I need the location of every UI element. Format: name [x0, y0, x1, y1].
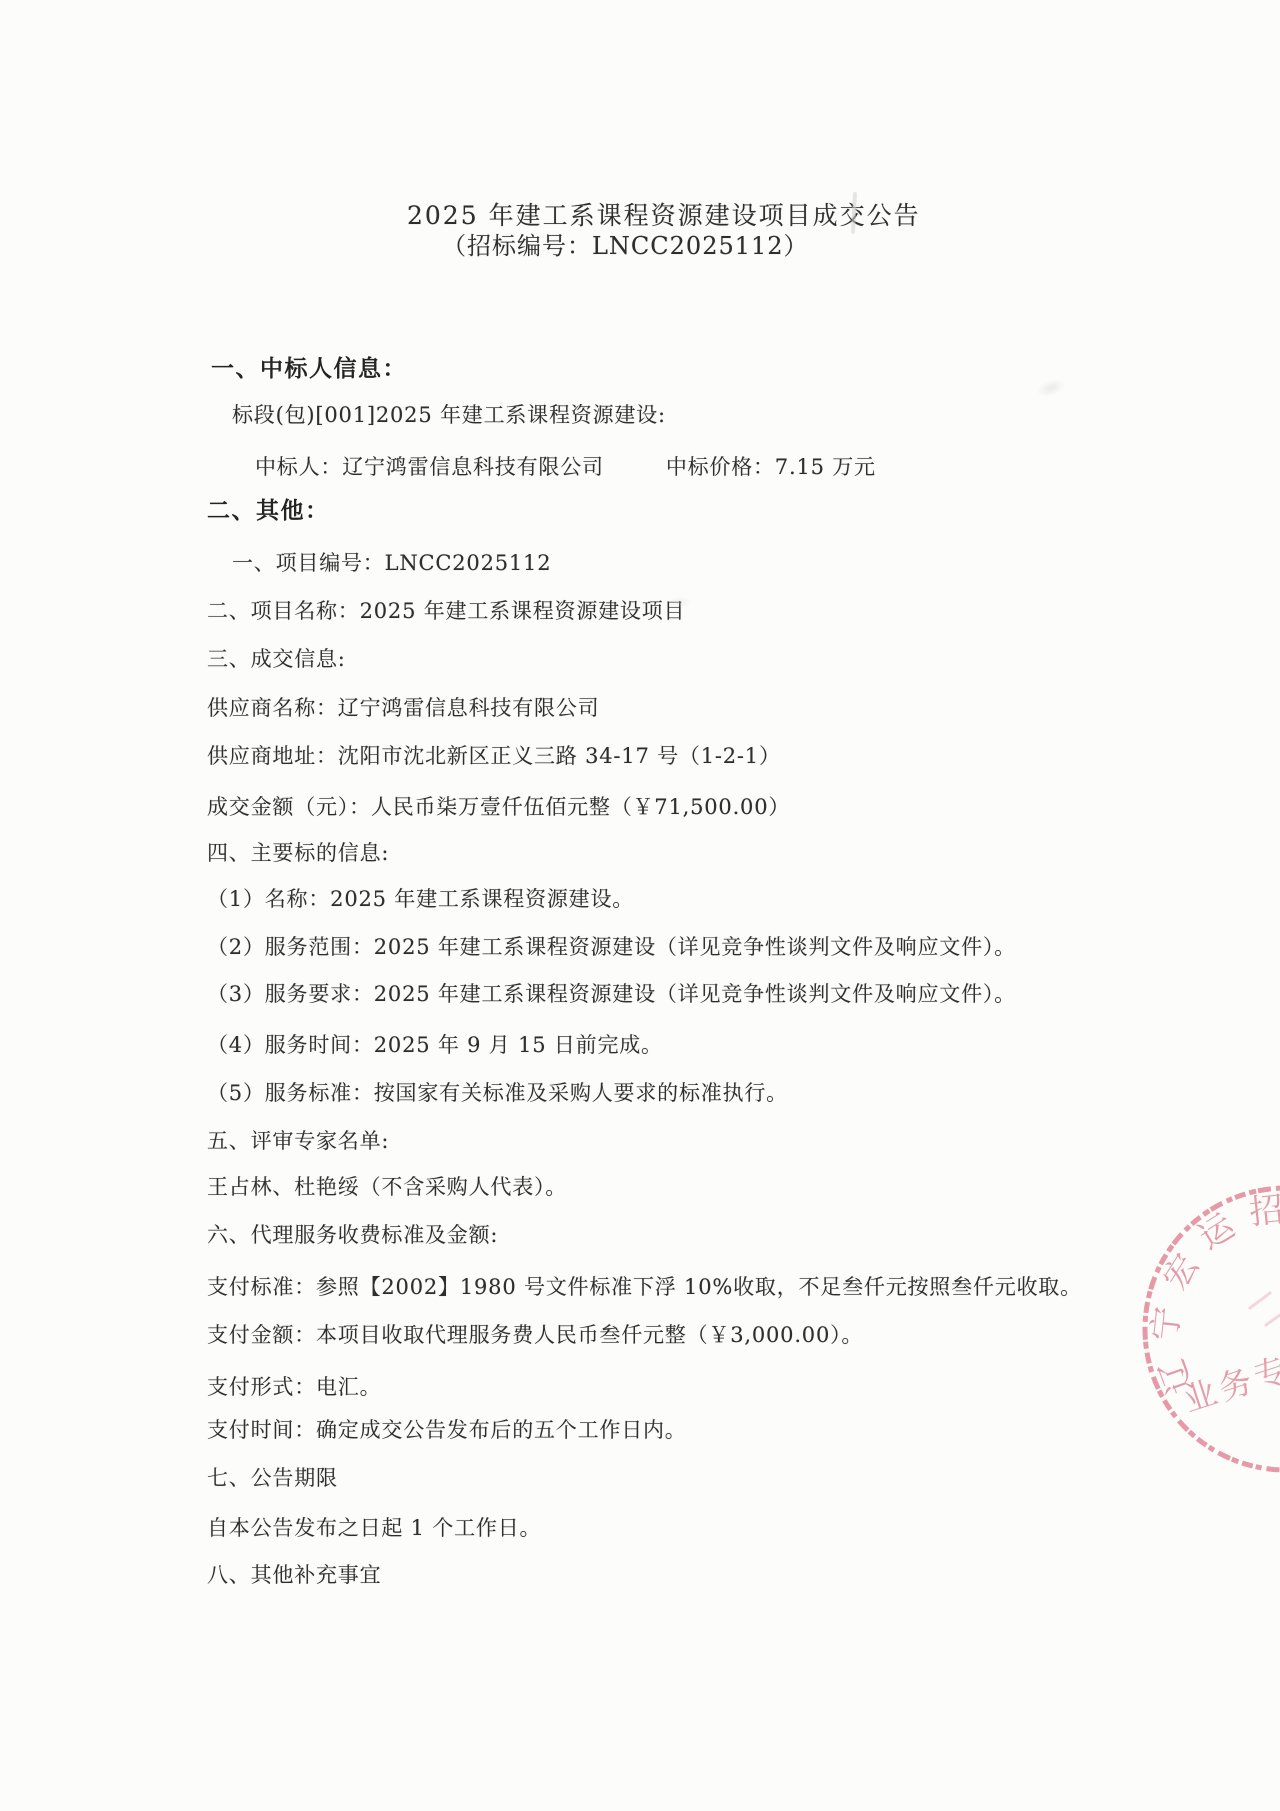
line-pay-time: 支付时间：确定成交公告发布后的五个工作日内。: [207, 1417, 687, 1444]
red-seal-stamp: 辽宁宏运招 业务专: [1130, 1180, 1280, 1480]
stamp-inner-marks: [1250, 1293, 1280, 1325]
line-service-time: （4）服务时间：2025 年 9 月 15 日前完成。: [207, 1032, 663, 1059]
line-pay-form: 支付形式：电汇。: [207, 1374, 381, 1401]
line-deal-amount: 成交金额（元）：人民币柒万壹仟伍佰元整（￥71,500.00）: [207, 794, 790, 821]
line-service-require: （3）服务要求：2025 年建工系课程资源建设（详见竞争性谈判文件及响应文件）。: [207, 981, 1016, 1008]
line-agency-fee-heading: 六、代理服务收费标准及金额:: [207, 1222, 498, 1249]
line-other-matters-heading: 八、其他补充事宜: [207, 1562, 381, 1589]
section-2-heading: 二、其他：: [207, 498, 330, 526]
line-supplier-name: 供应商名称：辽宁鸿雷信息科技有限公司: [207, 695, 599, 722]
tender-number-subtitle: （招标编号：LNCC2025112）: [442, 232, 809, 261]
page-title: 2025 年建工系课程资源建设项目成交公告: [407, 201, 921, 231]
scan-artifact-smudge: [1034, 375, 1068, 400]
line-supplier-address: 供应商地址：沈阳市沈北新区正义三路 34-17 号（1-2-1）: [207, 743, 781, 770]
line-service-standard: （5）服务标准：按国家有关标准及采购人要求的标准执行。: [207, 1080, 788, 1107]
lot-line: 标段(包)[001]2025 年建工系课程资源建设:: [232, 402, 666, 429]
stamp-bottom-text: 业务专: [1178, 1348, 1280, 1419]
winner-line: 中标人：辽宁鸿雷信息科技有限公司 中标价格：7.15 万元: [255, 454, 876, 481]
line-subject-name: （1）名称：2025 年建工系课程资源建设。: [207, 886, 634, 913]
line-pay-standard: 支付标准：参照【2002】1980 号文件标准下浮 10%收取，不足叁仟元按照叁…: [207, 1274, 1082, 1301]
line-subject-heading: 四、主要标的信息:: [207, 840, 389, 867]
section-1-heading: 一、中标人信息：: [211, 356, 407, 384]
line-project-number: 一、项目编号：LNCC2025112: [232, 550, 551, 577]
winner-price: 中标价格：7.15 万元: [666, 454, 876, 481]
line-service-scope: （2）服务范围：2025 年建工系课程资源建设（详见竞争性谈判文件及响应文件）。: [207, 934, 1016, 961]
line-experts-names: 王占林、杜艳绥（不含采购人代表）。: [207, 1174, 567, 1201]
line-experts-heading: 五、评审专家名单:: [207, 1128, 389, 1155]
line-deal-info-heading: 三、成交信息:: [207, 646, 346, 673]
line-pay-amount: 支付金额：本项目收取代理服务费人民币叁仟元整（￥3,000.00）。: [207, 1322, 863, 1349]
line-project-name: 二、项目名称：2025 年建工系课程资源建设项目: [207, 598, 685, 625]
line-notice-period-heading: 七、公告期限: [207, 1465, 338, 1492]
line-notice-period: 自本公告发布之日起 1 个工作日。: [207, 1515, 541, 1542]
scanned-document-page: 2025 年建工系课程资源建设项目成交公告 （招标编号：LNCC2025112）…: [0, 0, 1280, 1811]
winner-name: 中标人：辽宁鸿雷信息科技有限公司: [255, 454, 604, 481]
